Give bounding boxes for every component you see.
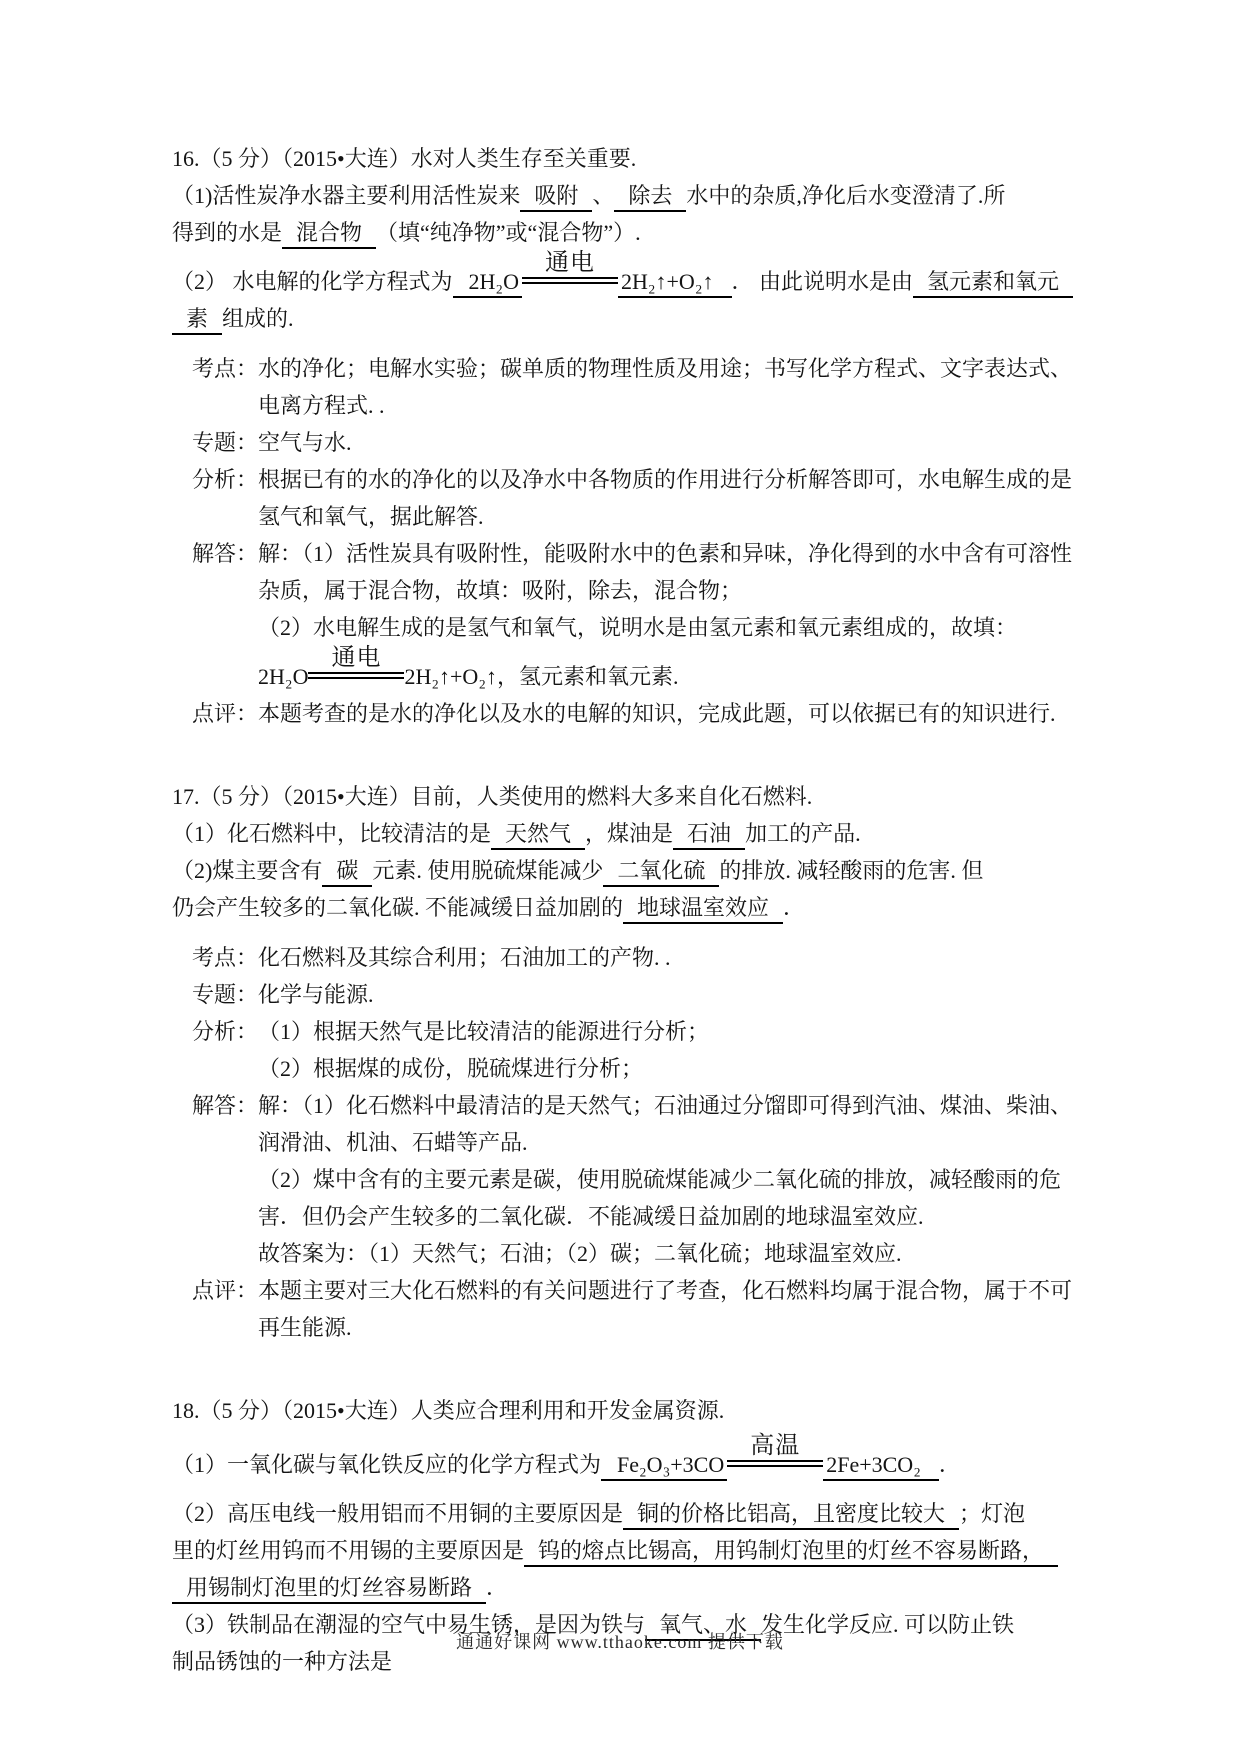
text-run: 解：（1）活性炭具有吸附性，能吸附水中的色素和异味，净化得到的水中含有可溶性杂质…	[258, 535, 1080, 609]
row-content: 解：（1）化石燃料中最清洁的是天然气；石油通过分馏即可得到汽油、煤油、柴油、润滑…	[258, 1087, 1080, 1272]
equation-double-line: 高温	[727, 1460, 823, 1467]
row-label: 考点：	[192, 350, 258, 387]
question-16: 16.（5 分）（2015•大连）水对人类生存至关重要. （1)活性炭净水器主要…	[172, 140, 1080, 732]
answer-row: 解答： 解：（1）活性炭具有吸附性，能吸附水中的色素和异味，净化得到的水中含有可…	[192, 535, 1080, 695]
text-run: ．	[486, 1575, 508, 1600]
row-label: 分析：	[192, 461, 258, 498]
question-16-part1-line2: 得到的水是混合物（填“纯净物”或“混合物”）.	[172, 214, 1080, 251]
row-content: 本题考查的是水的净化以及水的电解的知识，完成此题，可以依据已有的知识进行.	[258, 695, 1080, 732]
row-content: 根据已有的水的净化的以及净水中各物质的作用进行分析解答即可，水电解生成的是氢气和…	[258, 461, 1080, 535]
reaction-condition: 通电	[331, 646, 381, 670]
comment-row: 点评： 本题考查的是水的净化以及水的电解的知识，完成此题，可以依据已有的知识进行…	[192, 695, 1080, 732]
equation-reactant: Fe₂O₃+3CO	[601, 1452, 727, 1481]
text-run: （2）高压电线一般用铝而不用铜的主要原因是	[172, 1501, 623, 1526]
answer-blank: 除去	[614, 183, 686, 212]
question-title: 17.（5 分）（2015•大连）目前，人类使用的燃料大多来自化石燃料.	[172, 778, 1080, 815]
topic-row: 专题： 空气与水.	[192, 424, 1080, 461]
equation-double-line: 通电	[308, 672, 404, 679]
text-run: 本题主要对三大化石燃料的有关问题进行了考查，化石燃料均属于混合物，属于不可再生能…	[258, 1272, 1080, 1346]
question-18-part1: （1）一氧化碳与氧化铁反应的化学方程式为Fe₂O₃+3CO高温2Fe+3CO₂．	[172, 1446, 1080, 1483]
exam-point-row: 考点： 水的净化；电解水实验；碳单质的物理性质及用途；书写化学方程式、文字表达式…	[192, 350, 1080, 424]
text-run: ，氢元素和氧元素.	[497, 664, 679, 689]
analysis-row: 分析： （1）根据天然气是比较清洁的能源进行分析； （2）根据煤的成份，脱硫煤进…	[192, 1013, 1080, 1087]
text-run: 的排放. 减轻酸雨的危害. 但	[719, 858, 983, 883]
row-label: 考点：	[192, 939, 258, 976]
text-run: 组成的.	[222, 306, 294, 331]
row-label: 解答：	[192, 1087, 258, 1124]
answer-blank: 吸附	[520, 183, 592, 212]
question-18-part2-line3: 用锡制灯泡里的灯丝容易断路．	[172, 1569, 1080, 1606]
row-content: 化学与能源.	[258, 976, 1080, 1013]
question-16-analysis-block: 考点： 水的净化；电解水实验；碳单质的物理性质及用途；书写化学方程式、文字表达式…	[172, 350, 1080, 732]
answer-blank: 素	[172, 306, 222, 335]
text-run: ；灯泡	[959, 1501, 1025, 1526]
row-label: 专题：	[192, 976, 258, 1013]
question-18-part2-line1: （2）高压电线一般用铝而不用铜的主要原因是铜的价格比铝高，且密度比较大；灯泡	[172, 1495, 1080, 1532]
text-run: 化石燃料及其综合利用；石油加工的产物. .	[258, 939, 1080, 976]
equation-product: 2H₂↑+O₂↑	[404, 664, 497, 689]
question-title: 16.（5 分）（2015•大连）水对人类生存至关重要.	[172, 140, 1080, 177]
question-title: 18.（5 分）（2015•大连）人类应合理利用和开发金属资源.	[172, 1392, 1080, 1429]
question-17: 17.（5 分）（2015•大连）目前，人类使用的燃料大多来自化石燃料. （1）…	[172, 778, 1080, 1346]
answer-blank: 混合物	[282, 220, 376, 249]
site-watermark-footer: 通通好课网 www.tthaoke.com 提供下载	[0, 1628, 1240, 1654]
text-run: ．	[783, 895, 805, 920]
answer-row: 解答： 解：（1）化石燃料中最清洁的是天然气；石油通过分馏即可得到汽油、煤油、柴…	[192, 1087, 1080, 1272]
equation-reactant: 2H₂O	[453, 269, 522, 298]
equation-product: 2Fe+3CO₂	[823, 1452, 939, 1481]
question-18-part2-line2: 里的灯丝用钨而不用锡的主要原因是钨的熔点比锡高，用钨制灯泡里的灯丝不容易断路，	[172, 1532, 1080, 1569]
question-17-analysis-block: 考点： 化石燃料及其综合利用；石油加工的产物. . 专题： 化学与能源. 分析：…	[172, 939, 1080, 1346]
document-body: 16.（5 分）（2015•大连）水对人类生存至关重要. （1)活性炭净水器主要…	[172, 140, 1080, 1680]
answer-blank: 氢元素和氧元	[913, 269, 1073, 298]
text-run: 仍会产生较多的二氧化碳. 不能减缓日益加剧的	[172, 895, 623, 920]
text-run: 故答案为：（1）天然气；石油；（2）碳；二氧化硫；地球温室效应.	[258, 1235, 1080, 1272]
row-label: 解答：	[192, 535, 258, 572]
row-content: （1）根据天然气是比较清洁的能源进行分析； （2）根据煤的成份，脱硫煤进行分析；	[258, 1013, 1080, 1087]
question-16-part2-line1: （2） 水电解的化学方程式为2H₂O通电2H₂↑+O₂↑． 由此说明水是由氢元素…	[172, 263, 1080, 300]
question-16-part1-line1: （1)活性炭净水器主要利用活性炭来吸附、除去水中的杂质,净化后水变澄清了.所	[172, 177, 1080, 214]
row-content: 化石燃料及其综合利用；石油加工的产物. .	[258, 939, 1080, 976]
text-run: （2）水电解生成的是氢气和氧气，说明水是由氢元素和氧元素组成的，故填：	[258, 609, 1080, 646]
text-run: ，煤油是	[585, 821, 673, 846]
text-run: （1）根据天然气是比较清洁的能源进行分析；	[258, 1013, 1080, 1050]
answer-blank: 地球温室效应	[623, 895, 783, 924]
text-run: 本题考查的是水的净化以及水的电解的知识，完成此题，可以依据已有的知识进行.	[258, 695, 1080, 732]
text-run: 得到的水是	[172, 220, 282, 245]
text-run: 空气与水.	[258, 424, 1080, 461]
text-run: 加工的产品.	[745, 821, 861, 846]
row-label: 点评：	[192, 1272, 258, 1309]
solution-equation-line: 2H₂O通电2H₂↑+O₂↑，氢元素和氧元素.	[258, 658, 1080, 695]
text-run: 里的灯丝用钨而不用锡的主要原因是	[172, 1538, 524, 1563]
row-content: 水的净化；电解水实验；碳单质的物理性质及用途；书写化学方程式、文字表达式、电离方…	[258, 350, 1080, 424]
chemical-equation: 2H₂O通电2H₂↑+O₂↑	[258, 664, 497, 689]
text-run: （填“纯净物”或“混合物”）.	[376, 220, 641, 245]
row-content: 解：（1）活性炭具有吸附性，能吸附水中的色素和异味，净化得到的水中含有可溶性杂质…	[258, 535, 1080, 695]
row-content: 空气与水.	[258, 424, 1080, 461]
topic-row: 专题： 化学与能源.	[192, 976, 1080, 1013]
text-run: ．	[939, 1452, 961, 1477]
equation-reactant: 2H₂O	[258, 664, 308, 689]
question-17-part1: （1）化石燃料中，比较清洁的是天然气，煤油是石油加工的产品.	[172, 815, 1080, 852]
analysis-row: 分析： 根据已有的水的净化的以及净水中各物质的作用进行分析解答即可，水电解生成的…	[192, 461, 1080, 535]
text-run: （1)活性炭净水器主要利用活性炭来	[172, 183, 520, 208]
text-run: 水中的杂质,净化后水变澄清了.所	[686, 183, 1005, 208]
text-run: 根据已有的水的净化的以及净水中各物质的作用进行分析解答即可，水电解生成的是氢气和…	[258, 461, 1080, 535]
chemical-equation: 2H₂O通电2H₂↑+O₂↑	[453, 269, 732, 294]
text-run: 水的净化；电解水实验；碳单质的物理性质及用途；书写化学方程式、文字表达式、电离方…	[258, 350, 1080, 424]
text-run: （1）化石燃料中，比较清洁的是	[172, 821, 491, 846]
text-run: 化学与能源.	[258, 976, 1080, 1013]
text-run: 、	[592, 183, 614, 208]
question-16-part2-line2: 素组成的.	[172, 300, 1080, 337]
answer-blank: 天然气	[491, 821, 585, 850]
text-run: ． 由此说明水是由	[732, 269, 914, 294]
exam-point-row: 考点： 化石燃料及其综合利用；石油加工的产物. .	[192, 939, 1080, 976]
equation-product: 2H₂↑+O₂↑	[618, 269, 732, 298]
row-label: 分析：	[192, 1013, 258, 1050]
text-run: （2)煤主要含有	[172, 858, 322, 883]
text-run: （1）一氧化碳与氧化铁反应的化学方程式为	[172, 1452, 601, 1477]
chemical-equation: Fe₂O₃+3CO高温2Fe+3CO₂	[601, 1452, 939, 1477]
text-run: （2）根据煤的成份，脱硫煤进行分析；	[258, 1050, 1080, 1087]
question-17-part2-line2: 仍会产生较多的二氧化碳. 不能减缓日益加剧的地球温室效应．	[172, 889, 1080, 926]
text-run: 解：（1）化石燃料中最清洁的是天然气；石油通过分馏即可得到汽油、煤油、柴油、润滑…	[258, 1087, 1080, 1161]
text-run: （2）煤中含有的主要元素是碳，使用脱硫煤能减少二氧化硫的排放，减轻酸雨的危害．但…	[258, 1161, 1080, 1235]
answer-blank: 铜的价格比铝高，且密度比较大	[623, 1501, 959, 1530]
reaction-condition: 高温	[750, 1434, 800, 1458]
answer-blank: 钨的熔点比锡高，用钨制灯泡里的灯丝不容易断路，	[524, 1538, 1058, 1567]
comment-row: 点评： 本题主要对三大化石燃料的有关问题进行了考查，化石燃料均属于混合物，属于不…	[192, 1272, 1080, 1346]
answer-blank: 石油	[673, 821, 745, 850]
text-run: （2） 水电解的化学方程式为	[172, 269, 453, 294]
row-label: 点评：	[192, 695, 258, 732]
question-17-part2-line1: （2)煤主要含有碳元素. 使用脱硫煤能减少二氧化硫的排放. 减轻酸雨的危害. 但	[172, 852, 1080, 889]
answer-blank: 用锡制灯泡里的灯丝容易断路	[172, 1575, 486, 1604]
row-label: 专题：	[192, 424, 258, 461]
answer-blank: 二氧化硫	[603, 858, 719, 887]
answer-blank: 碳	[322, 858, 372, 887]
equation-double-line: 通电	[522, 277, 618, 284]
reaction-condition: 通电	[545, 251, 595, 275]
row-content: 本题主要对三大化石燃料的有关问题进行了考查，化石燃料均属于混合物，属于不可再生能…	[258, 1272, 1080, 1346]
text-run: 元素. 使用脱硫煤能减少	[372, 858, 603, 883]
